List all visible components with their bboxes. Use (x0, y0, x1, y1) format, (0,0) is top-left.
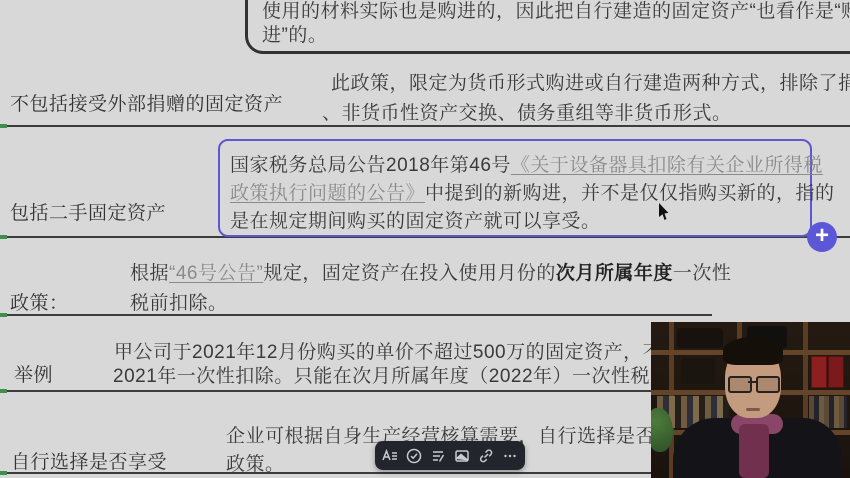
announcement-link-part2[interactable]: 政策执行问题的公告》 (230, 183, 425, 204)
red-gift-box (811, 356, 827, 388)
row1-content-line2: 、非货币性资产交换、债务重组等非货币形式。 (322, 98, 732, 125)
row2-content-line3: 是在规定期间购买的固定资产就可以享受。 (230, 206, 601, 233)
row-divider (0, 390, 660, 392)
row2-line2-text: 中提到的新购进，并不是仅仅指购买新的，指的 (425, 183, 835, 204)
row-label-secondhand-assets: 包括二手固定资产 (10, 198, 166, 225)
row-label-example: 举例 (14, 360, 53, 387)
image-icon[interactable] (453, 447, 471, 465)
presenter-webcam-video[interactable] (651, 322, 850, 478)
row2-line1-text: 国家税务总局公告2018年第46号 (230, 155, 511, 176)
row-label-optional-choice: 自行选择是否享受 (11, 447, 167, 474)
row4-content-line1: 甲公司于2021年12月份购买的单价不超过500万的固定资产，不能在 (114, 337, 701, 364)
add-annotation-button[interactable]: + (807, 222, 837, 252)
row2-content-line1: 国家税务总局公告2018年第46号《关于设备器具扣除有关企业所得税 (230, 150, 823, 177)
top-callout-line1: 使用的材料实际也是购进的，因此把自行建造的固定资产“也看作是“购 (262, 0, 850, 23)
link-icon[interactable] (477, 447, 495, 465)
divider-left-tip (0, 471, 7, 475)
divider-left-tip (0, 124, 7, 128)
announcement-46-link[interactable]: “46号公告” (169, 263, 263, 284)
row4-content-line2: 2021年一次性扣除。只能在次月所属年度（2022年）一次性税前扣 (113, 361, 689, 388)
row3-content-line2: 税前扣除。 (130, 288, 228, 315)
shelf-decor (677, 328, 723, 348)
red-gift-box (828, 356, 844, 388)
announcement-link-part1[interactable]: 《关于设备器具扣除有关企业所得税 (511, 155, 823, 176)
row-label-no-donated-assets: 不包括接受外部捐赠的固定资产 (10, 89, 283, 116)
lecture-slide-screen: 使用的材料实际也是购进的，因此把自行建造的固定资产“也看作是“购 进”的。 不包… (0, 0, 850, 478)
more-icon[interactable] (501, 447, 519, 465)
glasses-lens (728, 376, 752, 393)
presenter-hair (723, 337, 783, 365)
top-callout-line2: 进”的。 (262, 20, 327, 47)
presenter-mouth (746, 408, 760, 411)
floating-editor-toolbar[interactable] (375, 441, 525, 470)
glasses-lens (756, 376, 780, 393)
row-label-policy: 政策： (10, 288, 69, 315)
check-circle-icon[interactable] (405, 447, 423, 465)
row3-pre: 根据 (130, 263, 169, 284)
list-icon[interactable] (429, 447, 447, 465)
row1-content-line1: 此政策，限定为货币形式购进或自行建造两种方式，排除了捐赠 (331, 68, 850, 95)
row3-suf: 一次性 (673, 263, 732, 284)
divider-left-tip (0, 235, 7, 239)
format-icon[interactable] (381, 447, 399, 465)
divider-left-tip (0, 313, 7, 317)
shelf-decor (681, 358, 715, 384)
row3-mid: 规定，固定资产在投入使用月份的 (263, 263, 556, 284)
divider-left-tip (0, 389, 7, 393)
row3-content-line1: 根据“46号公告”规定，固定资产在投入使用月份的次月所属年度一次性 (130, 258, 731, 285)
row2-content-line2: 政策执行问题的公告》中提到的新购进，并不是仅仅指购买新的，指的 (230, 178, 835, 205)
row-divider (0, 314, 712, 316)
row3-bold-next-month-year: 次月所属年度 (556, 263, 673, 284)
row-divider (0, 472, 660, 474)
presenter-scarf (739, 424, 769, 478)
glasses-bridge (748, 381, 756, 383)
row-divider (0, 125, 850, 127)
